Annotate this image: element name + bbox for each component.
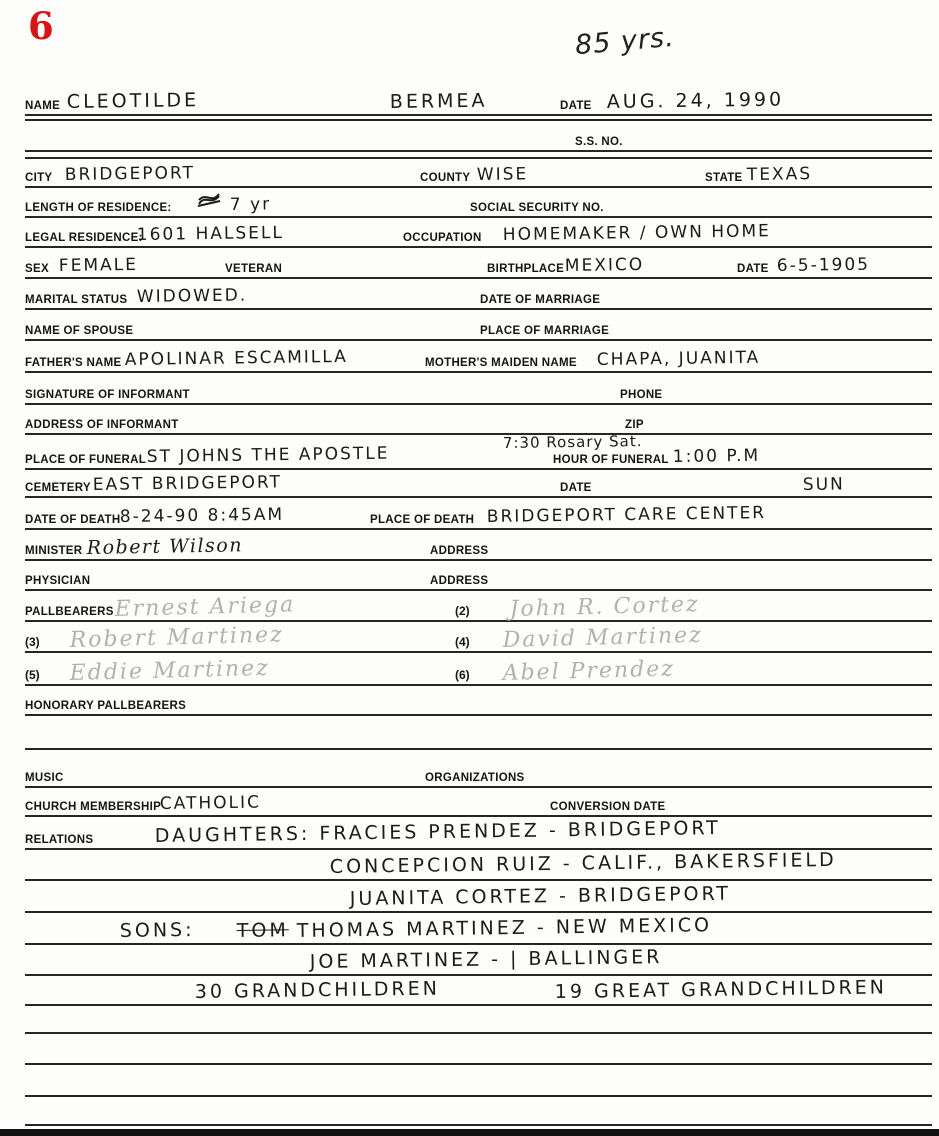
pallbearer-5-value: Eddie Martinez <box>69 656 270 686</box>
last-name-value: BERMEA <box>390 90 488 113</box>
pallbearer-3-number: (3) <box>25 635 40 649</box>
birthplace-value: MEXICO <box>565 255 645 276</box>
record-date-value: AUG. 24, 1990 <box>607 89 785 113</box>
father-name-label: FATHER'S NAME <box>25 357 122 369</box>
cemetery-label: CEMETERY <box>25 482 91 494</box>
burial-date-value: SUN <box>803 474 845 495</box>
relations-line-4-struck: TOM <box>237 919 289 942</box>
birthplace-label: BIRTHPLACE <box>487 263 564 275</box>
death-row: DATE OF DEATH 8-24-90 8:45AM PLACE OF DE… <box>25 502 932 530</box>
place-of-funeral-value: ST JOHNS THE APOSTLE <box>147 444 390 467</box>
church-row: CHURCH MEMBERSHIP CATHOLIC CONVERSION DA… <box>25 790 932 817</box>
residence-value: 7 yr <box>230 194 272 215</box>
scan-edge-bar <box>0 1129 939 1136</box>
scribble-mark <box>197 192 221 213</box>
honorary-pallbearers-label: HONORARY PALLBEARERS <box>25 700 186 712</box>
relations-row-4: SONS: TOM THOMAS MARTINEZ - NEW MEXICO <box>25 916 932 945</box>
place-of-funeral-label: PLACE OF FUNERAL <box>25 454 146 466</box>
ssn-label: S.S. NO. <box>575 136 623 148</box>
birthdate-label: DATE <box>737 263 769 275</box>
zip-label: ZIP <box>625 419 644 431</box>
pallbearer-4-number: (4) <box>455 635 470 649</box>
date-label: DATE <box>560 100 592 112</box>
name-row: NAME CLEOTILDE BERMEA DATE AUG. 24, 1990 <box>25 84 932 116</box>
age-annotation: 85 yrs. <box>574 22 676 62</box>
blank-rule <box>25 1124 932 1126</box>
relations-line-6a: 30 GRANDCHILDREN <box>195 978 440 1003</box>
occupation-value: HOMEMAKER / OWN HOME <box>503 221 771 245</box>
mother-maiden-value: CHAPA, JUANITA <box>597 348 761 370</box>
blank-rule <box>25 748 932 750</box>
cemetery-value: EAST BRIDGEPORT <box>93 472 282 495</box>
birthdate-value: 6-5-1905 <box>777 255 870 276</box>
pallbearers-row-1: PALLBEARERS Ernest Ariega (2) John R. Co… <box>25 594 932 622</box>
funeral-record-page: 6 85 yrs. NAME CLEOTILDE BERMEA DATE AUG… <box>0 0 939 1136</box>
cemetery-row: CEMETERY EAST BRIDGEPORT DATE SUN <box>25 472 932 498</box>
city-row: CITY BRIDGEPORT COUNTY WISE STATE TEXAS <box>25 162 932 188</box>
double-rule <box>25 119 932 121</box>
relations-line-1: DAUGHTERS: FRACIES PRENDEZ - BRIDGEPORT <box>155 817 721 847</box>
sex-row: SEX FEMALE VETERAN BIRTHPLACE MEXICO DAT… <box>25 252 932 279</box>
place-of-marriage-label: PLACE OF MARRIAGE <box>480 325 609 337</box>
hour-of-funeral-value: 1:00 P.M <box>673 446 761 467</box>
hour-of-funeral-label: HOUR OF FUNERAL <box>553 454 669 466</box>
place-of-death-value: BRIDGEPORT CARE CENTER <box>487 503 766 527</box>
marital-status-value: WIDOWED. <box>137 285 248 307</box>
relations-row-2: CONCEPCION RUIZ - CALIF., BAKERSFIELD <box>25 852 932 881</box>
county-label: COUNTY <box>420 172 470 184</box>
blank-rule <box>25 1032 932 1034</box>
minister-row: MINISTER Robert Wilson ADDRESS <box>25 534 932 561</box>
sex-value: FEMALE <box>59 255 138 276</box>
legal-residence-row: LEGAL RESIDENCE: 1601 HALSELL OCCUPATION… <box>25 222 932 248</box>
informant-signature-row: SIGNATURE OF INFORMANT PHONE <box>25 378 932 405</box>
residence-row: LENGTH OF RESIDENCE: 7 yr SOCIAL SECURIT… <box>25 192 932 218</box>
honorary-pallbearers-row: HONORARY PALLBEARERS <box>25 692 932 716</box>
date-of-death-value: 8-24-90 8:45AM <box>120 505 284 527</box>
informant-address-row: ADDRESS OF INFORMANT ZIP <box>25 408 932 435</box>
pallbearer-2-value: John R. Cortez <box>509 592 700 622</box>
pallbearer-6-value: Abel Prendez <box>502 657 675 687</box>
church-membership-value: CATHOLIC <box>160 793 261 814</box>
pallbearers-row-2: (3) Robert Martinez (4) David Martinez <box>25 626 932 653</box>
informant-signature-label: SIGNATURE OF INFORMANT <box>25 389 190 401</box>
father-row: FATHER'S NAME APOLINAR ESCAMILLA MOTHER'… <box>25 346 932 373</box>
state-label: STATE <box>705 172 743 184</box>
physician-label: PHYSICIAN <box>25 575 90 587</box>
relations-row-3: JUANITA CORTEZ - BRIDGEPORT <box>25 884 932 913</box>
first-name-value: CLEOTILDE <box>67 89 200 113</box>
marital-status-label: MARITAL STATUS <box>25 294 127 306</box>
relations-line-2: CONCEPCION RUIZ - CALIF., BAKERSFIELD <box>330 849 837 878</box>
minister-value: Robert Wilson <box>87 534 244 559</box>
county-value: WISE <box>477 164 529 185</box>
city-value: BRIDGEPORT <box>65 163 195 185</box>
place-of-death-label: PLACE OF DEATH <box>370 514 474 526</box>
name-label: NAME <box>25 100 60 112</box>
minister-label: MINISTER <box>25 545 82 557</box>
conversion-date-label: CONVERSION DATE <box>550 801 665 813</box>
residence-label: LENGTH OF RESIDENCE: <box>25 202 172 214</box>
double-rule <box>25 157 932 159</box>
marital-row: MARITAL STATUS WIDOWED. DATE OF MARRIAGE <box>25 283 932 310</box>
pallbearer-6-number: (6) <box>455 668 470 682</box>
pallbearers-label: PALLBEARERS <box>25 606 114 618</box>
social-security-label: SOCIAL SECURITY NO. <box>470 202 604 214</box>
pallbearer-3-value: Robert Martinez <box>69 622 284 653</box>
spouse-label: NAME OF SPOUSE <box>25 325 133 337</box>
funeral-row: PLACE OF FUNERAL ST JOHNS THE APOSTLE 7:… <box>25 440 932 470</box>
relations-line-3: JUANITA CORTEZ - BRIDGEPORT <box>350 883 731 910</box>
pallbearer-1-value: Ernest Ariega <box>114 592 295 622</box>
relations-row-1: RELATIONS DAUGHTERS: FRACIES PRENDEZ - B… <box>25 820 932 850</box>
relations-label: RELATIONS <box>25 834 93 846</box>
burial-date-label: DATE <box>560 482 592 494</box>
relations-row-5: JOE MARTINEZ - | BALLINGER <box>25 948 932 976</box>
legal-residence-label: LEGAL RESIDENCE: <box>25 232 143 244</box>
relations-line-4-prefix: SONS: <box>120 919 195 942</box>
date-of-marriage-label: DATE OF MARRIAGE <box>480 294 600 306</box>
veteran-label: VETERAN <box>225 263 282 275</box>
father-name-value: APOLINAR ESCAMILLA <box>125 347 348 370</box>
pallbearer-2-number: (2) <box>455 604 470 618</box>
phone-label: PHONE <box>620 389 662 401</box>
organizations-label: ORGANIZATIONS <box>425 772 525 784</box>
pallbearer-5-number: (5) <box>25 668 40 682</box>
sex-label: SEX <box>25 263 49 275</box>
blank-rule <box>25 1095 932 1097</box>
music-label: MUSIC <box>25 772 64 784</box>
relations-line-4: THOMAS MARTINEZ - NEW MEXICO <box>297 914 712 942</box>
relations-line-6b: 19 GREAT GRANDCHILDREN <box>555 976 887 1003</box>
relations-line-5: JOE MARTINEZ - | BALLINGER <box>310 946 663 973</box>
physician-address-label: ADDRESS <box>430 575 488 587</box>
music-row: MUSIC ORGANIZATIONS <box>25 762 932 788</box>
city-label: CITY <box>25 172 52 184</box>
spouse-row: NAME OF SPOUSE PLACE OF MARRIAGE <box>25 314 932 341</box>
page-number: 6 <box>28 4 54 48</box>
relations-row-6: 30 GRANDCHILDREN 19 GREAT GRANDCHILDREN <box>25 978 932 1006</box>
ssn-row: S.S. NO. <box>25 128 932 152</box>
legal-residence-value: 1601 HALSELL <box>137 223 284 245</box>
minister-address-label: ADDRESS <box>430 545 488 557</box>
informant-address-label: ADDRESS OF INFORMANT <box>25 419 179 431</box>
rosary-note: 7:30 Rosary Sat. <box>503 432 643 452</box>
mother-maiden-label: MOTHER'S MAIDEN NAME <box>425 357 577 369</box>
date-of-death-label: DATE OF DEATH <box>25 514 120 526</box>
pallbearer-4-value: David Martinez <box>502 623 703 653</box>
occupation-label: OCCUPATION <box>403 232 482 244</box>
pallbearers-row-3: (5) Eddie Martinez (6) Abel Prendez <box>25 658 932 686</box>
church-membership-label: CHURCH MEMBERSHIP <box>25 801 161 813</box>
physician-row: PHYSICIAN ADDRESS <box>25 564 932 591</box>
state-value: TEXAS <box>747 164 812 185</box>
blank-rule <box>25 1063 932 1065</box>
